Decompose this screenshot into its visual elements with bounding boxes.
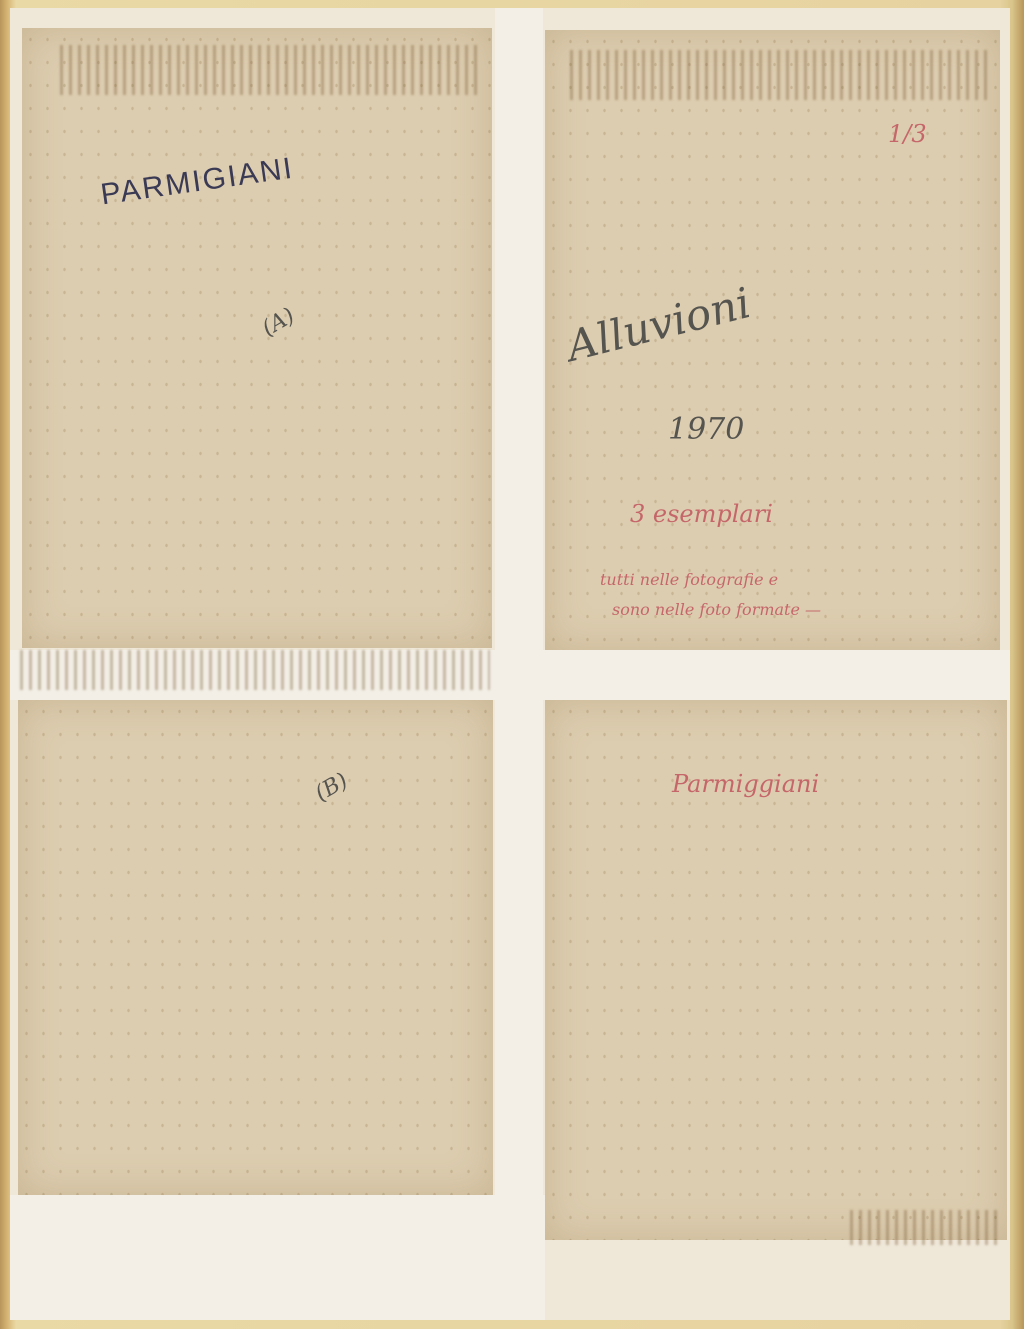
description-note-line1: tutti nelle fotografie e <box>600 570 778 589</box>
grime-stain <box>850 1210 1000 1245</box>
grime-stain <box>60 45 480 95</box>
panel-bottom-left <box>18 700 493 1195</box>
panel-top-left <box>22 28 492 648</box>
grime-stain <box>570 50 990 100</box>
description-note-line2: sono nelle foto formate — <box>612 600 821 619</box>
signature-note: Parmiggiani <box>672 770 819 798</box>
bottom-tape-strip <box>10 1195 545 1320</box>
edition-number-note: 1/3 <box>888 120 927 148</box>
grime-stain <box>20 650 490 690</box>
year-note: 1970 <box>668 412 744 447</box>
copies-note: 3 esemplari <box>630 500 773 528</box>
